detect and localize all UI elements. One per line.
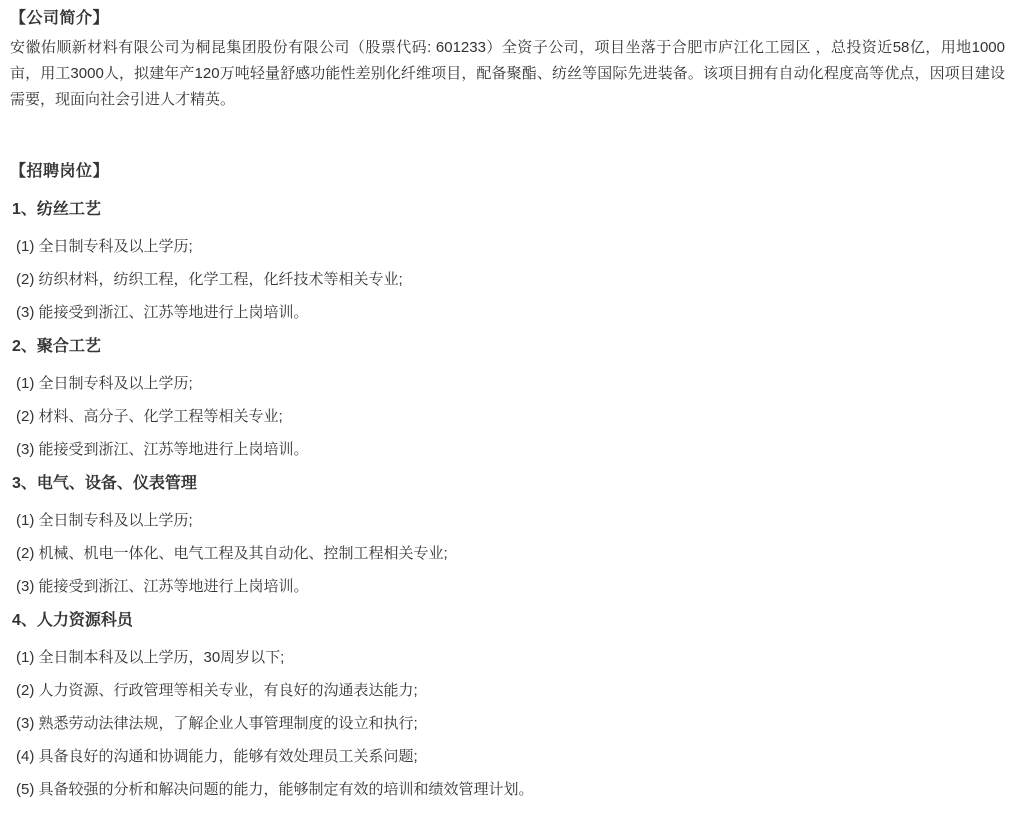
requirement-item: (3) 能接受到浙江、江苏等地进行上岗培训。 [10,437,1005,463]
requirement-item: (1) 全日制专科及以上学历; [10,508,1005,534]
position-section-spinning-process: 1、纺丝工艺 (1) 全日制专科及以上学历; (2) 纺织材料，纺织工程，化学工… [10,196,1005,326]
requirement-item: (2) 人力资源、行政管理等相关专业，有良好的沟通表达能力; [10,678,1005,704]
position-title: 1、纺丝工艺 [12,196,1005,224]
requirement-item: (3) 能接受到浙江、江苏等地进行上岗培训。 [10,574,1005,600]
requirement-item: (2) 材料、高分子、化学工程等相关专业; [10,404,1005,430]
company-intro-heading: 【公司简介】 [10,5,1005,33]
requirement-item: (2) 机械、机电一体化、电气工程及其自动化、控制工程相关专业; [10,541,1005,567]
requirement-item: (2) 纺织材料，纺织工程，化学工程，化纤技术等相关专业; [10,267,1005,293]
requirement-item: (1) 全日制专科及以上学历; [10,234,1005,260]
position-section-electrical-equipment-instrument: 3、电气、设备、仪表管理 (1) 全日制专科及以上学历; (2) 机械、机电一体… [10,470,1005,600]
blank-line [10,113,1005,155]
recruitment-heading: 【招聘岗位】 [10,158,1005,186]
requirement-item: (3) 能接受到浙江、江苏等地进行上岗培训。 [10,300,1005,326]
position-section-polymerization-process: 2、聚合工艺 (1) 全日制专科及以上学历; (2) 材料、高分子、化学工程等相… [10,333,1005,463]
position-title: 3、电气、设备、仪表管理 [12,470,1005,498]
requirement-item: (4) 具备良好的沟通和协调能力，能够有效处理员工关系问题; [10,744,1005,770]
position-title: 2、聚合工艺 [12,333,1005,361]
requirement-item: (1) 全日制本科及以上学历，30周岁以下; [10,645,1005,671]
position-title: 4、人力资源科员 [12,607,1005,635]
position-section-hr-clerk: 4、人力资源科员 (1) 全日制本科及以上学历，30周岁以下; (2) 人力资源… [10,607,1005,803]
requirement-item: (1) 全日制专科及以上学历; [10,371,1005,397]
requirement-item: (5) 具备较强的分析和解决问题的能力，能够制定有效的培训和绩效管理计划。 [10,777,1005,803]
requirement-item: (3) 熟悉劳动法律法规，了解企业人事管理制度的设立和执行; [10,711,1005,737]
company-intro-paragraph: 安徽佑顺新材料有限公司为桐昆集团股份有限公司（股票代码: 601233）全资子公… [10,35,1005,113]
job-posting-page: 【公司简介】 安徽佑顺新材料有限公司为桐昆集团股份有限公司（股票代码: 6012… [0,0,1015,822]
